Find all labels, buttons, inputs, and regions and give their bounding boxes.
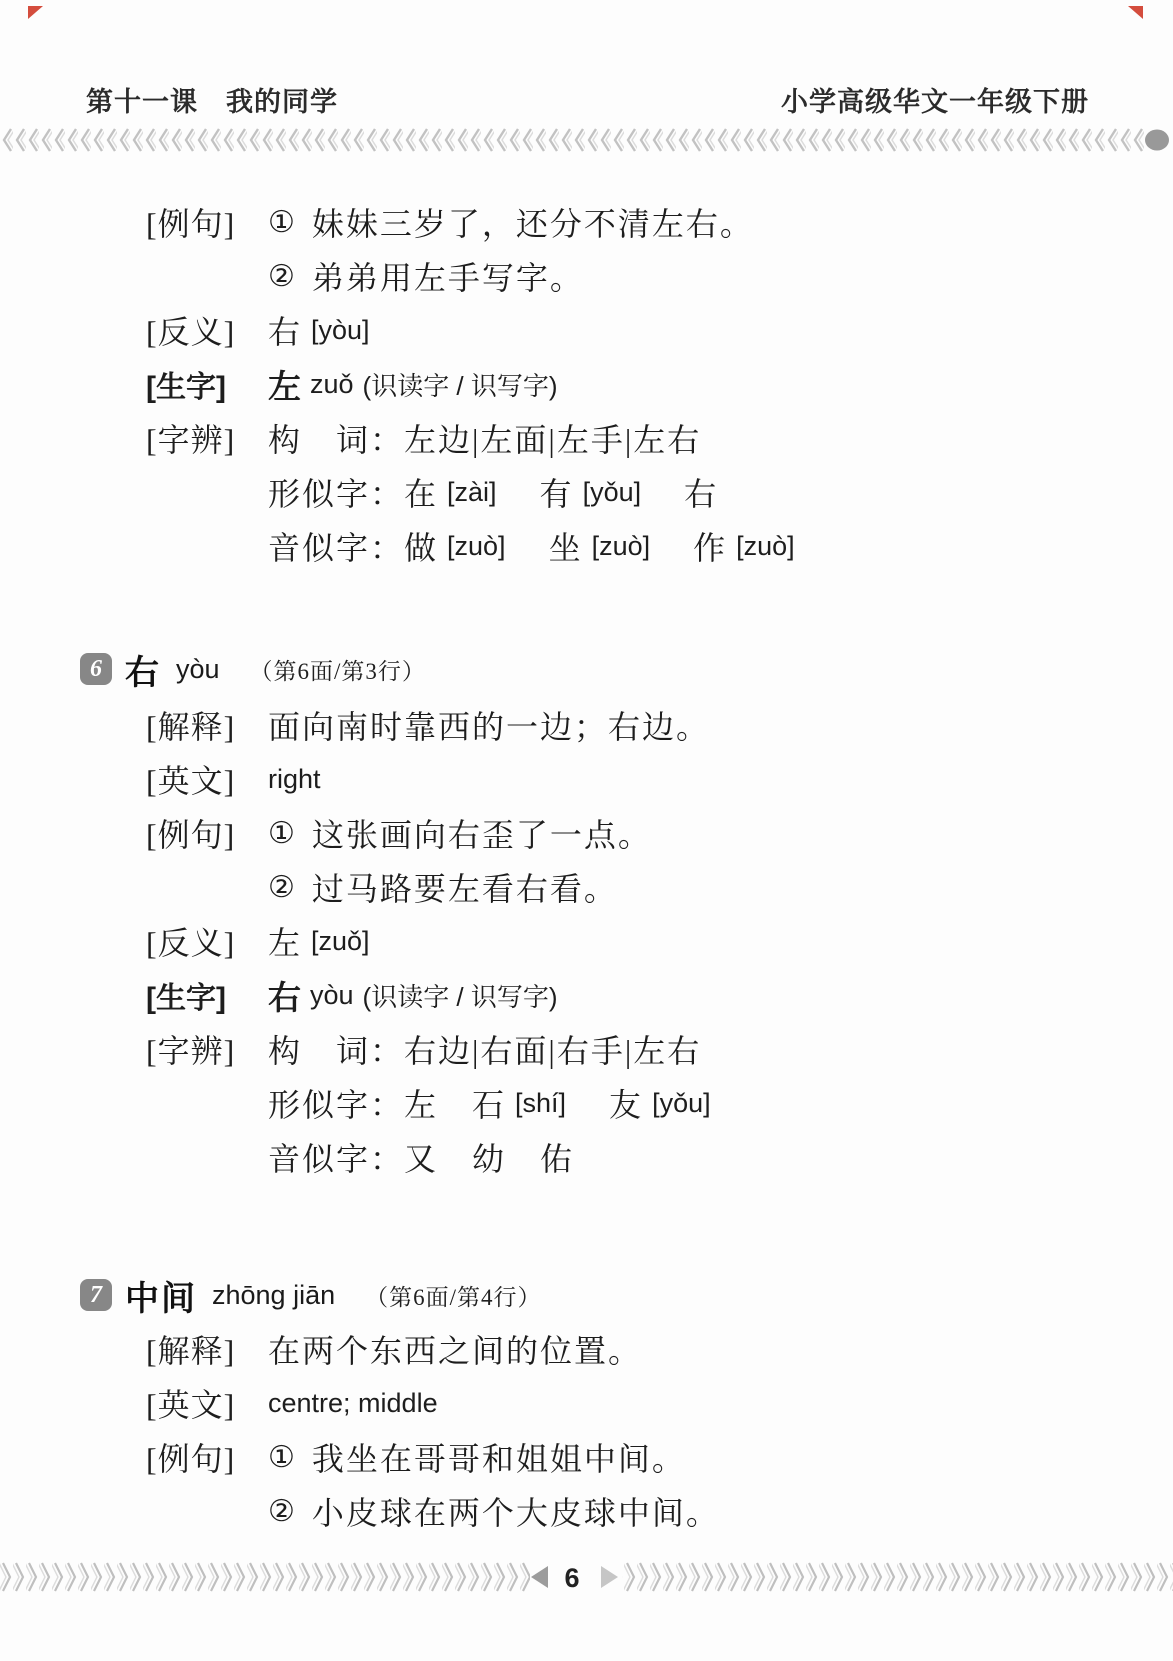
row-text-segment: zuǒ [310,369,354,400]
row-text-segment: [zuò] [447,531,506,562]
definition-row: 音似字：做[zuò] 坐[zuò] 作[zuò] [146,519,795,573]
definition-row: [英文]centre; middle [146,1376,720,1430]
row-text-segment: (识读字 / 识写字) [363,977,558,1014]
row-text-segment: centre; middle [268,1388,438,1419]
row-content: centre; middle [268,1388,438,1419]
definition-row: [英文]right [146,752,711,806]
row-text-segment: ② [268,870,295,905]
row-content: ①我坐在哥哥和姐姐中间。 [268,1434,686,1480]
row-text-segment: ① [268,1440,295,1475]
row-text-segment: (识读字 / 识写字) [363,366,558,403]
entry-word: 中间 [125,1271,197,1320]
definition-row: [例句]①这张画向右歪了一点。 [146,806,711,860]
row-text-segment: right [268,764,321,795]
row-content: 右yòu(识读字 / 识写字) [268,972,558,1019]
row-label: [英文] [146,1380,250,1426]
row-content: ①妹妹三岁了，还分不清左右。 [268,199,754,245]
row-content: 形似字：在[zài] 有[yǒu] 右 [268,469,718,515]
page-number: 6 [544,1563,600,1594]
row-content: 面向南时靠西的一边；右边。 [268,702,710,748]
row-text-segment: [yǒu] [652,1088,711,1119]
entry-5-continued-section: [例句]①妹妹三岁了，还分不清左右。②弟弟用左手写字。[反义]右[yòu][生字… [146,195,795,573]
row-text-segment: 右 [268,307,302,353]
row-label: [例句] [146,199,250,245]
row-content: ②过马路要左看右看。 [268,864,618,910]
row-text-segment: 形似字：在 [268,469,438,515]
row-text-segment: 小皮球在两个大皮球中间。 [312,1488,720,1534]
row-text-segment: 构 词：右边|右面|右手|左右 [268,1026,701,1072]
row-text-segment: [zài] [447,477,497,508]
row-label: [字辨] [146,415,250,461]
definition-row: 形似字：在[zài] 有[yǒu] 右 [146,465,795,519]
row-text-segment: 左 [268,361,301,408]
row-text-segment: ① [268,816,295,851]
chevron-divider-top [0,126,1173,154]
band-end-dot [1145,130,1169,151]
row-text-segment: 音似字：做 [268,523,438,569]
row-label: [生字] [146,362,250,406]
definition-row: [字辨]构 词：右边|右面|右手|左右 [146,1022,711,1076]
running-head: 第十一课 我的同学 小学高级华文一年级下册 [86,80,1089,119]
row-text-segment: [yǒu] [583,477,642,508]
row-text-segment: 面向南时靠西的一边；右边。 [268,702,710,748]
row-content: 构 词：左边|左面|左手|左右 [268,415,701,461]
definition-row: [解释]面向南时靠西的一边；右边。 [146,698,711,752]
row-text-segment: [zuǒ] [311,926,370,957]
row-content: 左[zuǒ] [268,918,370,964]
row-label: [字辨] [146,1026,250,1072]
row-text-segment: 坐 [515,523,583,569]
entry-number-badge: 7 [80,1279,112,1311]
entry-page-ref: （第6面/第3行） [250,653,426,686]
row-content: 音似字：又 幼 佑 [268,1134,574,1180]
definition-row: [反义]左[zuǒ] [146,914,711,968]
entry-pinyin: zhōng jiān [212,1280,335,1311]
row-text-segment: ① [268,205,295,240]
row-label: [例句] [146,810,250,856]
row-text-segment: 音似字：又 幼 佑 [268,1134,574,1180]
row-text-segment: 弟弟用左手写字。 [312,253,584,299]
row-content: 在两个东西之间的位置。 [268,1326,642,1372]
row-text-segment: 有 [506,469,574,515]
row-text-segment: 右 [268,972,301,1019]
row-text-segment: [shí] [515,1088,566,1119]
row-label: [生字] [146,973,250,1017]
row-label: [例句] [146,1434,250,1480]
row-content: 形似字：左 石[shí] 友[yǒu] [268,1080,711,1126]
definition-row: 形似字：左 石[shí] 友[yǒu] [146,1076,711,1130]
definition-row: [字辨]构 词：左边|左面|左手|左右 [146,411,795,465]
row-text-segment: 左 [268,918,302,964]
red-corner-mark-left [28,6,43,19]
row-text-segment: 在两个东西之间的位置。 [268,1326,642,1372]
row-content: right [268,764,321,795]
row-text-segment: 友 [575,1080,643,1126]
row-label: [反义] [146,918,250,964]
row-text-segment: 妹妹三岁了，还分不清左右。 [312,199,754,245]
row-label: [英文] [146,756,250,802]
definition-row: [例句]①妹妹三岁了，还分不清左右。 [146,195,795,249]
definition-row: [生字]左zuǒ(识读字 / 识写字) [146,357,795,411]
row-content: ①这张画向右歪了一点。 [268,810,652,856]
entry-page-ref: （第6面/第4行） [365,1279,541,1312]
row-text-segment: 右 [650,469,718,515]
row-label: [解释] [146,1326,250,1372]
row-label: [反义] [146,307,250,353]
definition-row: ②小皮球在两个大皮球中间。 [146,1484,720,1538]
row-text-segment: 作 [659,523,727,569]
red-corner-mark-right [1128,6,1143,19]
row-text-segment: 这张画向右歪了一点。 [312,810,652,856]
row-text-segment: [yòu] [311,315,370,346]
row-text-segment: 我坐在哥哥和姐姐中间。 [312,1434,686,1480]
entry-pinyin: yòu [176,654,220,685]
row-text-segment: yòu [310,980,354,1011]
definition-row: ②过马路要左看右看。 [146,860,711,914]
row-content: ②弟弟用左手写字。 [268,253,584,299]
page-number-right-cap [601,1566,618,1588]
textbook-page: 第十一课 我的同学 小学高级华文一年级下册 [例句]①妹妹三岁了，还分不清左右。… [0,0,1173,1661]
row-content: 音似字：做[zuò] 坐[zuò] 作[zuò] [268,523,795,569]
definition-row: 音似字：又 幼 佑 [146,1130,711,1184]
row-text-segment: 形似字：左 石 [268,1080,506,1126]
row-content: 右[yòu] [268,307,370,353]
definition-row: [反义]右[yòu] [146,303,795,357]
entry-word: 右 [125,645,161,694]
row-text-segment: 过马路要左看右看。 [312,864,618,910]
row-text-segment: [zuò] [592,531,651,562]
row-content: 构 词：右边|右面|右手|左右 [268,1026,701,1072]
lesson-title: 第十一课 我的同学 [86,80,338,119]
book-title: 小学高级华文一年级下册 [781,80,1089,119]
row-text-segment: ② [268,259,295,294]
definition-row: [解释]在两个东西之间的位置。 [146,1322,720,1376]
row-content: 左zuǒ(识读字 / 识写字) [268,361,558,408]
row-text-segment: ② [268,1494,295,1529]
definition-row: [生字]右yòu(识读字 / 识写字) [146,968,711,1022]
row-text-segment: [zuò] [736,531,795,562]
definition-row: ②弟弟用左手写字。 [146,249,795,303]
row-label: [解释] [146,702,250,748]
row-content: ②小皮球在两个大皮球中间。 [268,1488,720,1534]
entry-number-badge: 6 [80,653,112,685]
row-text-segment: 构 词：左边|左面|左手|左右 [268,415,701,461]
definition-row: [例句]①我坐在哥哥和姐姐中间。 [146,1430,720,1484]
